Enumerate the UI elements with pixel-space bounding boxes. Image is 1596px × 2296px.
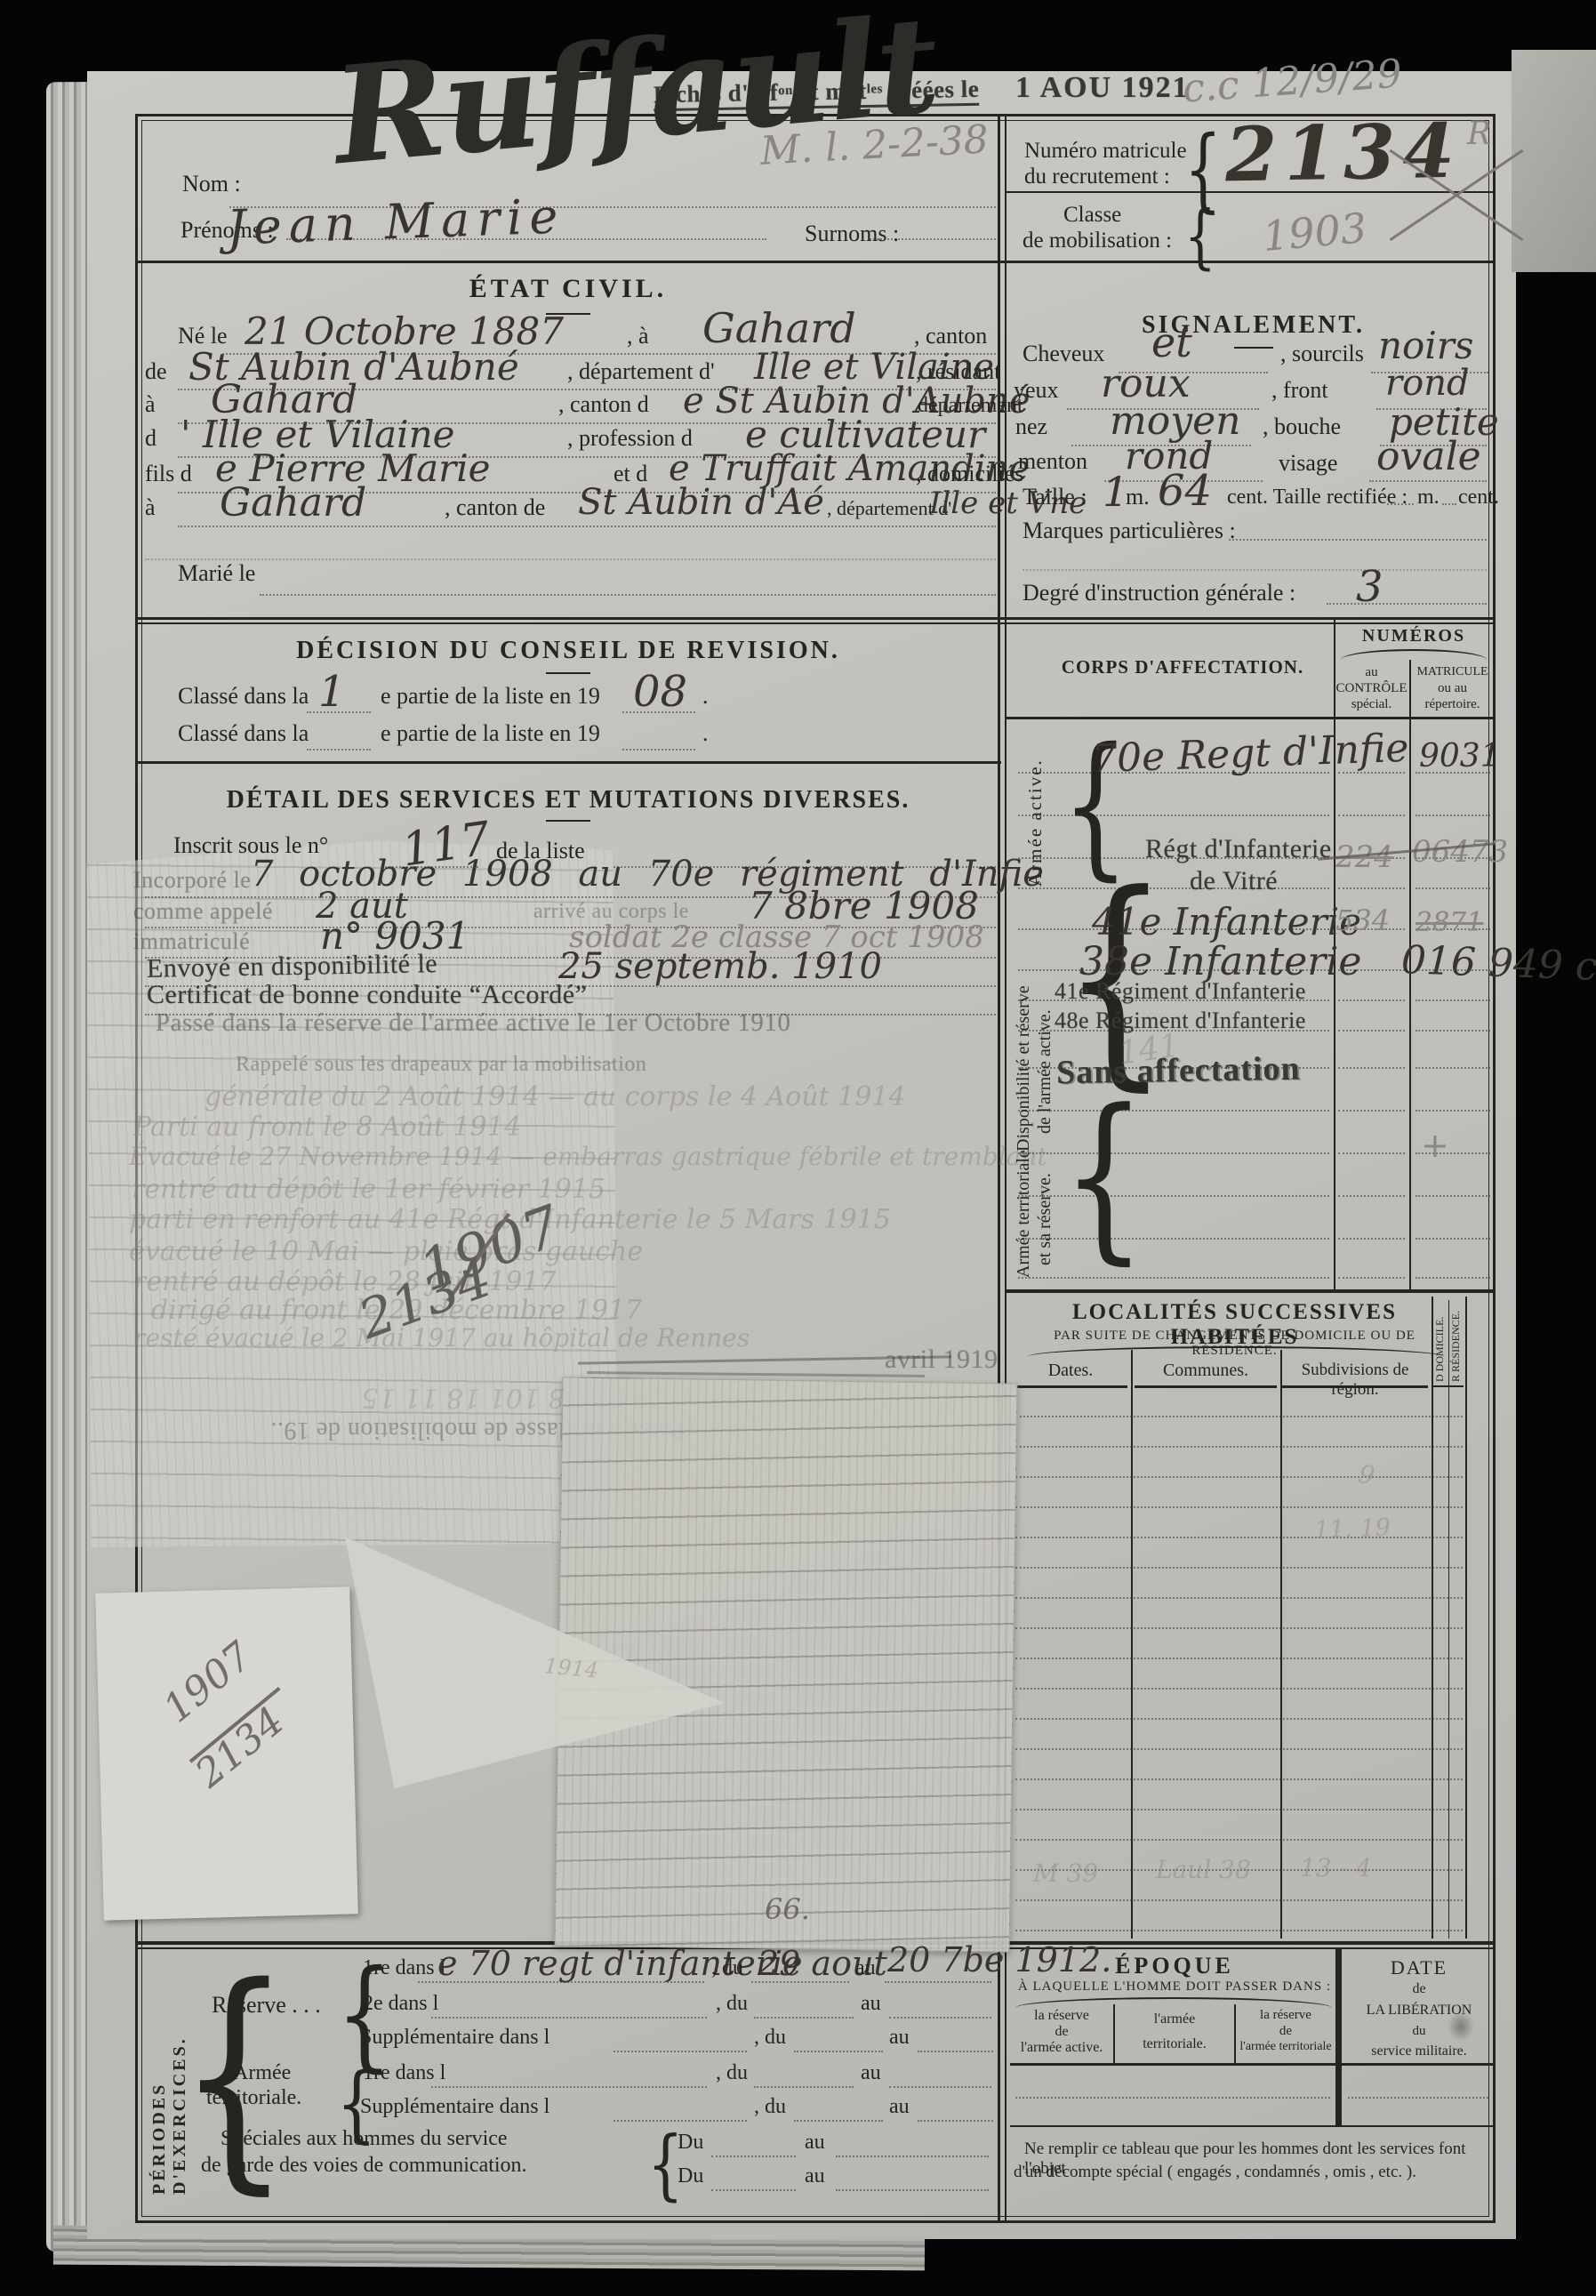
dotted-row	[1015, 1597, 1463, 1599]
dotted-row	[1015, 1809, 1463, 1810]
dotted-row	[1015, 1658, 1463, 1659]
dotted-writing-line	[1229, 539, 1487, 541]
decision-title: DÉCISION DU CONSEIL DE REVISION.	[135, 637, 1001, 665]
white-slip: 1907 2134	[95, 1586, 358, 1920]
dotted-row	[1416, 999, 1490, 1001]
dotted-writing-line	[1387, 503, 1414, 505]
dotted-row	[1015, 1899, 1463, 1901]
dotted-row	[1416, 1195, 1490, 1197]
dotted-row	[1416, 1277, 1490, 1279]
corps-matricule: 016 949 c	[1400, 937, 1596, 990]
dotted-writing-line	[178, 526, 996, 527]
dotted-row	[1015, 1567, 1463, 1569]
sig-label: , bouche	[1263, 413, 1341, 440]
sig-label: m.	[1417, 486, 1440, 510]
service-entry: 25 septemb. 1910	[558, 946, 882, 987]
table-vertical	[1113, 2004, 1115, 2063]
ctrl-col-header: spécial.	[1335, 697, 1408, 712]
dotted-writing-line	[918, 2120, 993, 2122]
dotted-row	[1338, 1152, 1405, 1154]
matricule-value: 2134	[1224, 107, 1462, 199]
dotted-writing-line	[622, 749, 695, 751]
ec-value-canton3: St Aubin d'Aé	[578, 482, 824, 523]
title-rule	[546, 672, 590, 674]
dotted-writing-line	[307, 711, 371, 713]
localites-pencil-mark: Laul 38	[1156, 1855, 1251, 1884]
periode-row-label: au	[855, 1956, 876, 1980]
matricule-label: du recrutement :	[1024, 165, 1170, 189]
epoque-col-header: l'armée active.	[1010, 2040, 1113, 2056]
service-printed: immatriculé	[133, 928, 250, 955]
dotted-row	[1348, 2097, 1488, 2099]
service-pencil: Évacué le 27 Novembre 1914 — embarras ga…	[129, 1142, 1047, 1171]
corps-matricule: 06473	[1412, 834, 1508, 870]
dotted-writing-line	[431, 2017, 707, 2019]
rule-line	[1007, 1289, 1496, 1293]
ec-label: , canton de	[445, 494, 545, 521]
dotted-row	[1416, 1238, 1490, 1240]
dotted-row	[1015, 1446, 1463, 1448]
dotted-writing-line	[754, 2086, 854, 2088]
dotted-row	[1015, 1718, 1463, 1720]
decision-row-label: e partie de la liste en 19	[381, 720, 600, 747]
dotted-writing-line	[754, 2017, 854, 2019]
periode-row-label: , du	[754, 2026, 786, 2050]
periode-row-label: , du	[711, 1956, 743, 1980]
document-scan: Fiches d'affon et matles créées le 1 AOU…	[0, 0, 1596, 2296]
dotted-row	[1015, 1930, 1463, 1931]
dotted-row	[1338, 1030, 1405, 1032]
corps-entry-stamp: Sans affectation	[1056, 1049, 1301, 1093]
periode-row-label: au	[861, 1992, 881, 2016]
ec-label: d	[145, 425, 156, 452]
dotted-writing-line	[1327, 603, 1487, 605]
services-title: DÉTAIL DES SERVICES ET MUTATIONS DIVERSE…	[135, 786, 1001, 815]
service-printed: comme appelé	[133, 898, 273, 925]
date-stamp: 1 AOU 1921	[1015, 71, 1190, 105]
rule-line	[1010, 2125, 1496, 2127]
service-pencil: resté évacué le 2 Mai 1917 au hôpital de…	[133, 1323, 750, 1353]
periode-row-label: , du	[716, 2061, 748, 2085]
decision-row-label: e partie de la liste en 19	[381, 683, 600, 710]
sig-value-cheveux: et	[1151, 318, 1192, 366]
dotted-writing-line	[1442, 503, 1456, 505]
periode-row-label: au	[805, 2164, 825, 2188]
page-corner-top-right	[1512, 50, 1596, 272]
ec-label: à	[145, 494, 156, 521]
dotted-writing-line	[1369, 480, 1487, 482]
dotted-row	[1338, 1195, 1405, 1197]
epoque-col-header: l'armée	[1117, 2011, 1232, 2027]
table-vertical	[1234, 2004, 1236, 2063]
localites-col-header: Subdivisions de région.	[1282, 1361, 1428, 1400]
dotted-row	[1416, 815, 1490, 816]
ec-label: fils d	[145, 461, 192, 487]
dotted-row	[1416, 1067, 1490, 1069]
localites-pencil-mark: M 39	[1033, 1858, 1098, 1888]
epoque-subtitle: À LAQUELLE L'HOMME DOIT PASSER DANS :	[1010, 1979, 1339, 1995]
sig-value-sourcils: noirs	[1378, 324, 1473, 367]
prenoms-value: Jean Marie	[226, 188, 565, 255]
dotted-writing-line	[286, 238, 766, 240]
dotted-row	[1015, 1537, 1463, 1538]
etat-civil-title: ÉTAT CIVIL.	[135, 274, 1001, 304]
epoque-col-header: la réserve	[1010, 2008, 1113, 2024]
periode-row-label: Du	[678, 2131, 703, 2155]
decision-row-label: Classé dans la	[178, 683, 309, 710]
title-rule	[546, 820, 590, 822]
epoque-date-header: DATE	[1344, 1956, 1494, 1979]
ec-label: , à	[627, 323, 649, 349]
corps-entry: 41e Infanterie	[1092, 900, 1361, 943]
dotted-row	[1338, 1067, 1405, 1069]
sig-value-taille-m: 1	[1103, 468, 1128, 516]
dotted-writing-line	[889, 2017, 991, 2019]
sig-label: Cheveux	[1023, 341, 1104, 367]
table-vertical	[1335, 1949, 1342, 2125]
sig-label: m.	[1126, 484, 1150, 510]
decision-year-value: 08	[633, 667, 687, 717]
ctrl-col-header: CONTRÔLE	[1335, 681, 1408, 696]
decision-part-value: 1	[318, 667, 346, 717]
group-label-disponibilite: de l'armée active.	[1035, 885, 1055, 1134]
sig-label: menton	[1018, 448, 1087, 475]
group-label-territoriale: Armée territoriale	[1014, 1087, 1034, 1278]
epoque-title: ÉPOQUE	[1010, 1953, 1339, 1979]
dotted-row	[1015, 2097, 1330, 2099]
localites-pencil-mark: 13 - 4	[1300, 1853, 1372, 1883]
periode-row-label: Supplémentaire dans l	[360, 2095, 549, 2119]
dotted-row	[1015, 1778, 1463, 1780]
sig-label: , front	[1271, 377, 1328, 404]
service-stamp: Envoyé en disponibilité le	[147, 949, 438, 984]
dotted-row	[1416, 887, 1490, 889]
corps-matricule: 9031	[1419, 738, 1501, 775]
periode-row-label: 1re dans l	[363, 1956, 445, 1980]
localites-col-header: Dates.	[1014, 1361, 1127, 1381]
brace-glyph: {	[1062, 1087, 1146, 1267]
dotted-row	[1015, 1506, 1463, 1508]
marie-label: Marié le	[178, 560, 255, 587]
dotted-writing-line	[918, 2051, 993, 2052]
decision-row-label: Classé dans la	[178, 720, 309, 747]
periode-row-label: , du	[754, 2095, 786, 2119]
group-label-territoriale: et sa réserve.	[1035, 1101, 1055, 1265]
mat-col-header: répertoire.	[1411, 697, 1494, 712]
localites-col-domicile: D DOMICILE.	[1433, 1300, 1447, 1382]
marques-label: Marques particulières :	[1023, 518, 1236, 544]
ec-value-domicile: Gahard	[220, 480, 366, 526]
corps-entry-stamp: Régt d'Infanterie	[1145, 834, 1332, 864]
dotted-row	[1338, 1277, 1405, 1279]
pencil-plus-mark: +	[1421, 1126, 1449, 1165]
dotted-writing-line	[711, 2189, 796, 2191]
surnoms-label: Surnoms :	[805, 221, 899, 247]
table-vertical	[1131, 1350, 1133, 1939]
dotted-row	[1015, 1476, 1463, 1478]
periode-entry: e 70 regt d'infanterie	[437, 1944, 803, 1983]
reserve-label: Réserve . . .	[212, 1992, 321, 2019]
numeros-header: NUMÉROS	[1338, 626, 1489, 646]
rule-line	[1010, 2063, 1335, 2066]
dotted-writing-line	[431, 2086, 707, 2088]
periode-row-label: 1re dans l	[363, 2061, 445, 2085]
sig-label: cent. Taille rectifiée :	[1227, 486, 1408, 510]
matricule-label: Numéro matricule	[1024, 139, 1187, 164]
service-printed: Incorporé le	[133, 867, 251, 894]
localites-col-header: Communes.	[1135, 1361, 1277, 1381]
table-vertical	[1448, 1300, 1449, 1939]
header-rule	[1282, 1385, 1428, 1388]
epoque-date-header: de	[1344, 1981, 1494, 1997]
dotted-writing-line	[794, 2051, 883, 2052]
ec-label: , domiciliés	[916, 461, 1023, 487]
service-stamp-fragment: avril 1919	[885, 1345, 998, 1375]
periode-row-label: Du	[678, 2164, 703, 2188]
dotted-row	[1338, 1110, 1405, 1112]
dotted-row	[1015, 1839, 1463, 1841]
periode-row-label: au	[889, 2026, 910, 2050]
brace-glyph: {	[1184, 203, 1216, 272]
speciales-label: de garde des voies de communication.	[201, 2154, 527, 2178]
dotted-writing-line	[622, 711, 695, 713]
corps-entry-stamp: de Vitré	[1190, 866, 1278, 896]
sig-label: Taille :	[1023, 484, 1087, 510]
epoque-date-header: LA LIBÉRATION	[1344, 2003, 1494, 2019]
dotted-row	[1015, 1748, 1463, 1750]
corps-header: CORPS D'AFFECTATION.	[1045, 656, 1320, 678]
classe-value: 1903	[1261, 204, 1368, 261]
periode-row-label: au	[861, 2061, 881, 2085]
corps-matricule: 2871	[1416, 907, 1483, 938]
ec-label: à	[145, 391, 156, 418]
periode-row-label: au	[805, 2131, 825, 2155]
mat-col-header: MATRICULE	[1411, 665, 1494, 679]
rule-line	[135, 261, 1496, 263]
dotted-row	[1338, 815, 1405, 816]
localites-col-residence: R RÉSIDENCE.	[1449, 1300, 1463, 1382]
epoque-col-header: de	[1010, 2024, 1113, 2040]
periode-row-label: Supplémentaire dans l	[360, 2026, 549, 2050]
decision-row-label: .	[702, 720, 709, 747]
periode-row-label: au	[889, 2095, 910, 2119]
dotted-row	[1338, 1238, 1405, 1240]
corps-ctrl-number: 534	[1335, 903, 1390, 937]
dotted-separator	[145, 558, 996, 560]
epoque-col-header: de	[1238, 2024, 1334, 2039]
corps-entry-stamp: 48e Régiment d'Infanterie	[1055, 1008, 1306, 1034]
title-rule	[1234, 347, 1273, 349]
dotted-writing-line	[711, 2156, 796, 2157]
service-pencil: Parti au front le 8 Août 1914	[133, 1112, 521, 1143]
dotted-writing-line	[836, 2156, 989, 2157]
group-label-armee-active: Armée active.	[1024, 731, 1047, 887]
corps-entry-stamp: 41e Régiment d'Infanterie	[1055, 978, 1306, 1005]
nom-label: Nom :	[182, 171, 241, 197]
service-stamp: Passé dans la réserve de l'armée active …	[156, 1008, 790, 1038]
rule-line	[135, 617, 1496, 624]
service-stamp: Certificat de bonne conduite “Accordé”	[147, 980, 587, 1010]
slip-pencil-66: 66.	[765, 1892, 810, 1926]
dotted-writing-line	[1023, 569, 1487, 571]
ec-label: de	[145, 358, 167, 385]
sig-label: , sourcils	[1280, 341, 1364, 367]
ink-blot	[1448, 2011, 1474, 2042]
dotted-writing-line	[751, 1981, 849, 1983]
epoque-col-header: l'armée territoriale	[1234, 2040, 1337, 2054]
dotted-writing-line	[614, 2051, 747, 2052]
fold-pencil-note: 1914	[543, 1653, 599, 1682]
table-vertical	[1465, 1297, 1467, 1939]
dotted-row	[1416, 1110, 1490, 1112]
pencil-r-mark: R	[1467, 116, 1491, 152]
dotted-writing-line	[794, 2120, 883, 2122]
epoque-col-header: la réserve	[1238, 2008, 1334, 2023]
sig-value-taille-cm: 64	[1158, 466, 1212, 516]
dotted-row	[1015, 1688, 1463, 1690]
dotted-row	[1015, 1416, 1463, 1417]
periode-row-label: 2e dans l	[363, 1992, 438, 2016]
classe-label: Classe	[1063, 203, 1121, 228]
sig-value-front: rond	[1385, 363, 1470, 404]
ec-value-birthplace: Gahard	[702, 304, 856, 352]
dotted-writing-line	[418, 1981, 704, 1983]
epoque-note: d'un décompte spécial ( engagés , condam…	[1014, 2163, 1480, 2182]
rule-line	[1342, 2063, 1494, 2066]
periode-row-label: , du	[716, 1992, 748, 2016]
dotted-writing-line	[870, 238, 996, 240]
dotted-writing-line	[885, 1981, 991, 1983]
speciales-label: Spéciales aux hommes du service	[221, 2127, 508, 2151]
sig-value-visage: ovale	[1376, 434, 1481, 479]
degre-label: Degré d'instruction générale :	[1023, 580, 1295, 606]
dotted-row	[1338, 999, 1405, 1001]
table-vertical	[1432, 1297, 1433, 1939]
table-vertical	[1280, 1350, 1282, 1939]
territoriale-label: territoriale.	[206, 2086, 301, 2110]
dotted-row	[1338, 887, 1405, 889]
mat-col-header: ou au	[1411, 681, 1494, 696]
territoriale-label: Armée	[233, 2061, 291, 2085]
classe-label: de mobilisation :	[1023, 229, 1172, 253]
sig-label: cent.	[1458, 486, 1499, 510]
sig-label: yeux	[1014, 377, 1059, 404]
dotted-writing-line	[889, 2086, 991, 2088]
ec-label: , canton	[914, 323, 987, 349]
epoque-col-header: territoriale.	[1117, 2036, 1232, 2052]
service-stamp: Rappelé sous les drapeaux par la mobilis…	[236, 1053, 646, 1077]
localites-pencil-mark: 11. 19	[1313, 1514, 1391, 1545]
dotted-row	[1015, 1627, 1463, 1629]
sig-label: visage	[1279, 450, 1337, 477]
dotted-writing-line	[307, 749, 371, 751]
sig-label: nez	[1015, 413, 1047, 440]
rule-line	[135, 761, 1001, 764]
epoque-date-header: service militaire.	[1344, 2043, 1494, 2059]
dotted-writing-line	[836, 2189, 989, 2191]
ctrl-col-header: au	[1335, 665, 1408, 680]
decision-row-label: .	[702, 683, 709, 710]
header-rule	[1014, 1385, 1127, 1388]
ec-label: , canton d	[558, 391, 649, 418]
dotted-writing-line	[260, 594, 996, 596]
service-pencil: générale du 2 Août 1914 — au corps le 4 …	[205, 1081, 905, 1112]
dotted-row	[1416, 1030, 1490, 1032]
header-rule	[1135, 1385, 1277, 1388]
